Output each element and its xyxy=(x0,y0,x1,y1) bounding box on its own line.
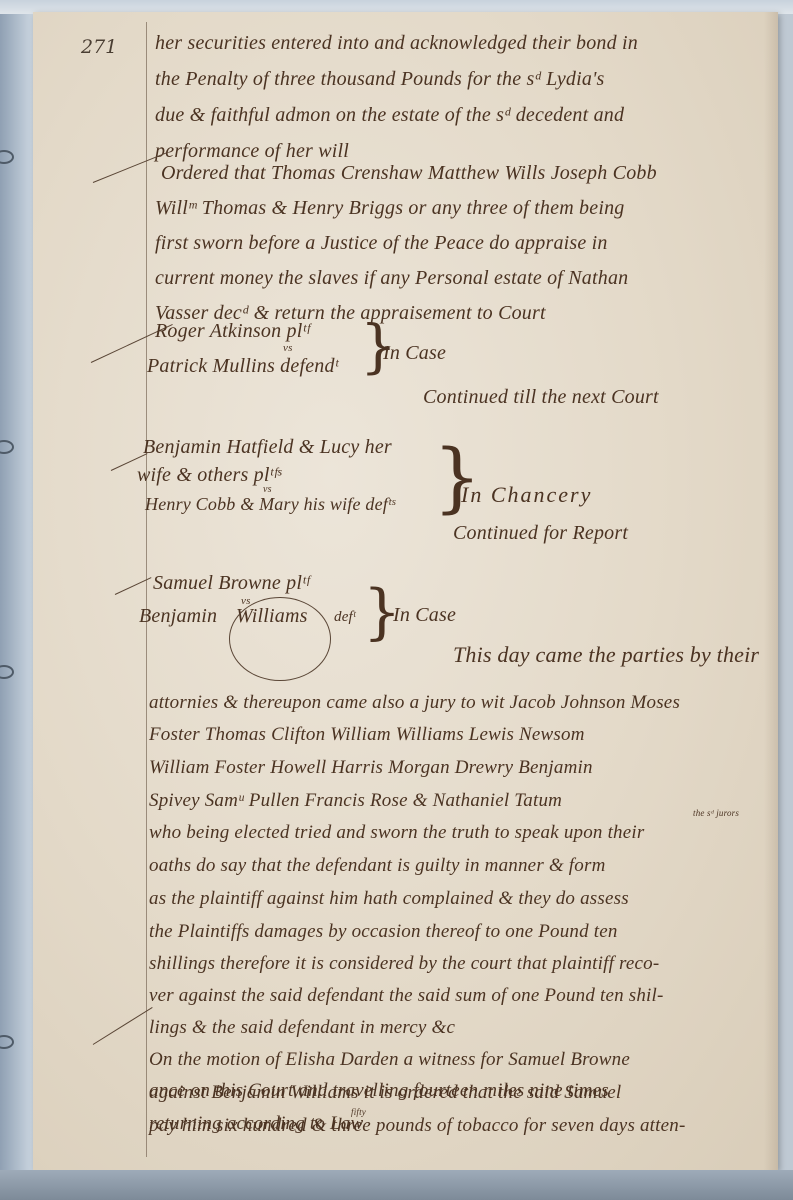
text-line: attornies & thereupon came also a jury t… xyxy=(149,692,680,714)
text-line: William Foster Howell Harris Morgan Drew… xyxy=(149,757,593,779)
court-type: In Case xyxy=(393,604,456,627)
text-line: the Penalty of three thousand Pounds for… xyxy=(155,68,605,91)
defendant: Henry Cobb & Mary his wife defᵗˢ xyxy=(145,494,395,515)
entry-mark xyxy=(93,1007,153,1045)
text-line: Willᵐ Thomas & Henry Briggs or any three… xyxy=(155,197,624,220)
text-line: Spivey Samᵘ Pullen Francis Rose & Nathan… xyxy=(149,790,562,812)
plaintiff: Roger Atkinson plᵗᶠ xyxy=(155,320,310,343)
text-line: ance on this Court and travelling fourte… xyxy=(149,1080,609,1102)
text-line: Ordered that Thomas Crenshaw Matthew Wil… xyxy=(161,162,657,185)
margin-rule xyxy=(146,22,147,1157)
circle-annotation xyxy=(229,597,331,681)
text-line: current money the slaves if any Personal… xyxy=(155,267,628,290)
defendant-first-name: Benjamin xyxy=(139,605,217,628)
text-line: the Plaintiffs damages by occasion there… xyxy=(149,921,618,943)
manuscript-page: 271 her securities entered into and ackn… xyxy=(33,12,778,1170)
plastic-sleeve-bottom xyxy=(0,1170,793,1200)
opening-line: This day came the parties by their xyxy=(453,642,759,668)
binder-ring-icon xyxy=(0,440,14,454)
court-type: In Chancery xyxy=(461,482,592,508)
text-line: her securities entered into and acknowle… xyxy=(155,32,638,55)
text-line: returning according to Law xyxy=(149,1113,363,1135)
binder-ring-icon xyxy=(0,1035,14,1049)
entry-mark xyxy=(93,152,168,183)
versus-label: vs xyxy=(283,342,293,354)
defendant: Patrick Mullins defendᵗ xyxy=(147,355,338,378)
plaintiff: wife & others plᵗᶠˢ xyxy=(137,464,281,487)
text-line: first sworn before a Justice of the Peac… xyxy=(155,232,608,255)
text-line: shillings therefore it is considered by … xyxy=(149,953,659,975)
text-line: Foster Thomas Clifton William Williams L… xyxy=(149,724,585,746)
text-line: ver against the said defendant the said … xyxy=(149,985,664,1007)
ruling: Continued till the next Court xyxy=(423,386,659,409)
text-line: On the motion of Elisha Darden a witness… xyxy=(149,1049,630,1071)
defendant-suffix: defᵗ xyxy=(334,609,356,626)
text-line: due & faithful admon on the estate of th… xyxy=(155,104,624,127)
text-line: performance of her will xyxy=(155,140,349,163)
binder-ring-icon xyxy=(0,665,14,679)
interlinear-note: the sᵈ jurors xyxy=(693,808,739,818)
text-line: as the plaintiff against him hath compla… xyxy=(149,888,629,910)
text-line: lings & the said defendant in mercy &c xyxy=(149,1017,455,1039)
text-line: who being elected tried and sworn the tr… xyxy=(149,822,644,844)
text-line: oaths do say that the defendant is guilt… xyxy=(149,855,606,877)
page-number: 271 xyxy=(81,36,117,58)
court-type: In Case xyxy=(383,342,446,365)
plaintiff: Samuel Browne plᵗᶠ xyxy=(153,572,309,595)
plaintiff: Benjamin Hatfield & Lucy her xyxy=(143,436,392,459)
ruling: Continued for Report xyxy=(453,522,628,545)
binder-ring-icon xyxy=(0,150,14,164)
